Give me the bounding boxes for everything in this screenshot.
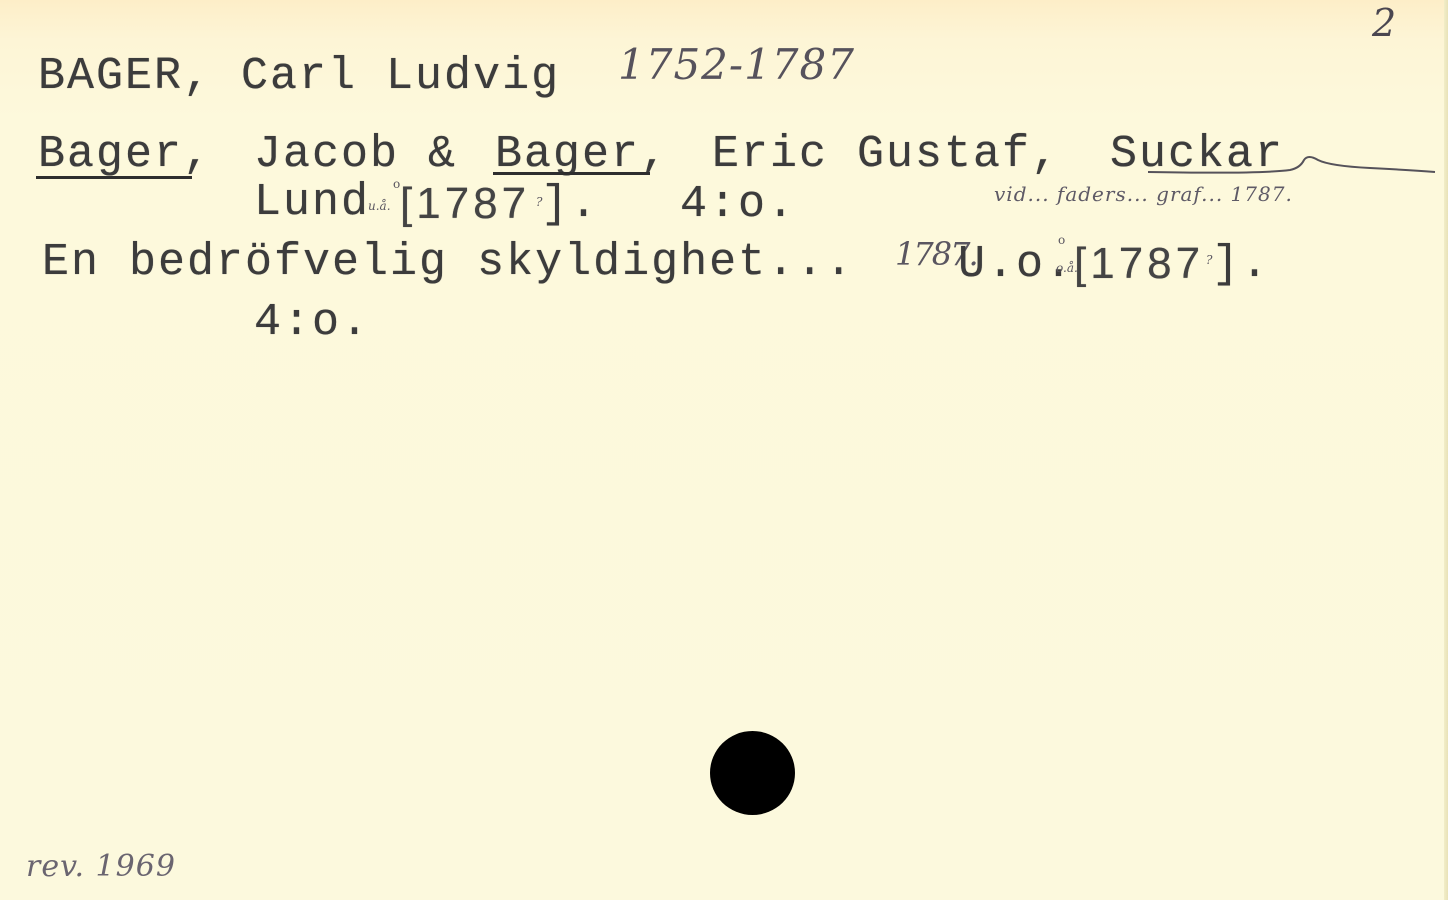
punch-hole	[710, 731, 795, 815]
entry-2-imprint-year-close: ].	[1212, 242, 1270, 287]
entry-1-mid-text: Jacob &	[254, 132, 457, 177]
entry-2-imprint-degree: o	[1058, 234, 1065, 246]
author-2-underline	[493, 172, 650, 175]
entry-2-title: En bedröfvelig skyldighet...	[42, 240, 854, 285]
entry-1-imprint-note: u.å.	[368, 200, 391, 212]
card-edge	[1444, 0, 1448, 900]
entry-1-author-2: Bager,	[495, 132, 669, 177]
entry-1-imprint-year-close: ].	[541, 182, 599, 227]
entry-1-format: 4:o.	[680, 182, 796, 227]
catalog-card: 2 BAGER, Carl Ludvig 1752-1787 Bager, Ja…	[0, 0, 1448, 900]
entry-1-imprint-year: [1787	[400, 182, 530, 226]
revision-note: rev. 1969	[26, 852, 176, 882]
entry-1-rest-text: Eric Gustaf,	[712, 132, 1060, 177]
card-number: 2	[1372, 4, 1396, 42]
entry-1-author-1: Bager,	[38, 132, 212, 177]
entry-2-imprint-year: [1787	[1074, 242, 1204, 286]
author-1-underline	[36, 176, 192, 179]
annotation-bracket-line	[1140, 150, 1440, 180]
entry-1-title-annotation: vid... faders... graf... 1787.	[994, 184, 1293, 204]
heading-life-dates: 1752-1787	[618, 44, 855, 86]
entry-1-imprint-place: Lund	[254, 180, 370, 225]
entry-2-format: 4:o.	[254, 300, 370, 345]
heading-name: BAGER, Carl Ludvig	[38, 54, 560, 99]
